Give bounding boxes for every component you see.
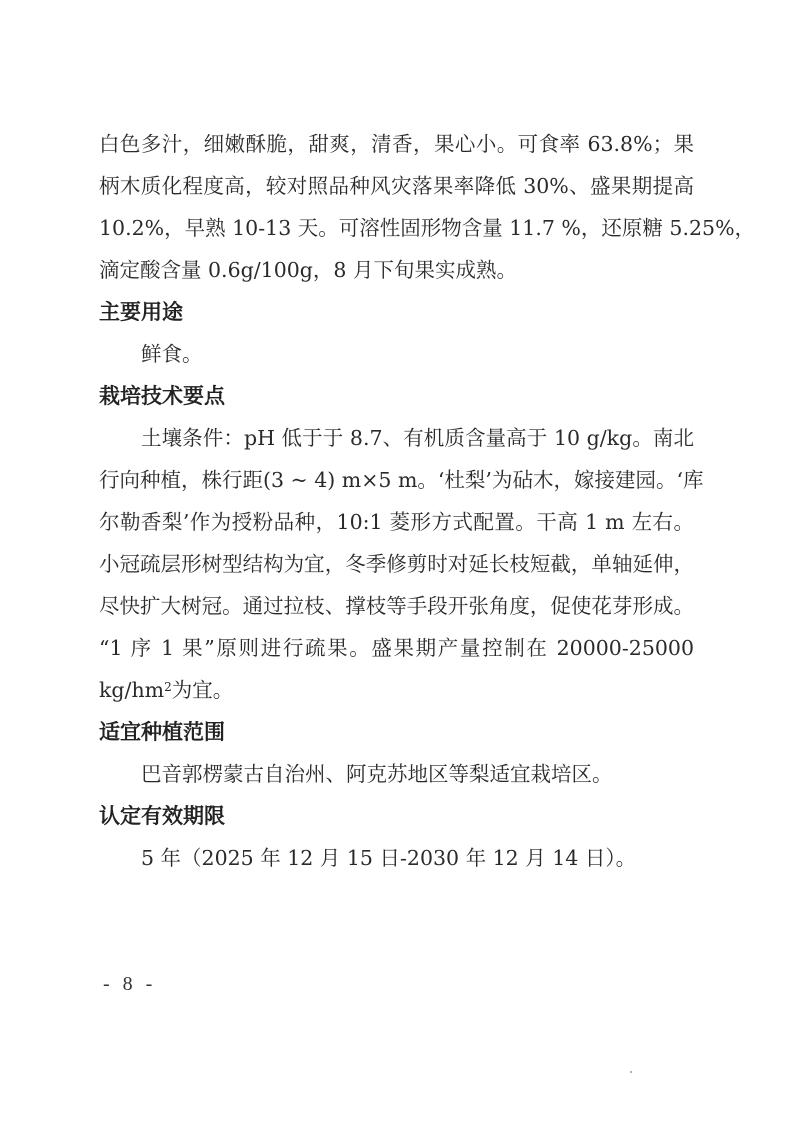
unit-text: kg/hm — [99, 678, 164, 702]
section-heading-validity-period: 认定有效期限 — [99, 802, 225, 830]
paragraph-line: 柄木质化程度高，较对照品种风灾落果率降低 30%、盛果期提高 — [99, 172, 694, 200]
cultivation-line: 行向种植，株行距(3 ~ 4) m×5 m。‘杜梨’为砧木，嫁接建园。‘库 — [99, 466, 694, 494]
validity-period-text: 5 年（2025 年 12 月 15 日-2030 年 12 月 14 日）。 — [141, 844, 694, 872]
page-number: - 8 - — [103, 972, 156, 996]
cultivation-line: 尽快扩大树冠。通过拉枝、撑枝等手段开张角度，促使花芽形成。 — [99, 592, 694, 620]
paragraph-line: 10.2%，早熟 10-13 天。可溶性固形物含量 11.7 %，还原糖 5.2… — [99, 214, 694, 242]
cultivation-line: 尔勒香梨’作为授粉品种，10:1 菱形方式配置。干高 1 m 左右。 — [99, 508, 694, 536]
suitable-area-text: 巴音郭楞蒙古自治州、阿克苏地区等梨适宜栽培区。 — [141, 760, 694, 788]
unit-suffix: 为宜。 — [172, 678, 234, 702]
paragraph-line: 白色多汁，细嫩酥脆，甜爽，清香，果心小。可食率 63.8%；果 — [99, 130, 694, 158]
cultivation-line: 土壤条件：pH 低于于 8.7、有机质含量高于 10 g/kg。南北 — [141, 424, 694, 452]
cultivation-line-yield-unit: kg/hm2为宜。 — [99, 676, 694, 704]
section-heading-main-use: 主要用途 — [99, 298, 183, 326]
cultivation-line: 小冠疏层形树型结构为宜，冬季修剪时对延长枝短截，单轴延伸， — [99, 550, 694, 578]
main-use-text: 鲜食。 — [141, 340, 694, 368]
paragraph-line: 滴定酸含量 0.6g/100g，8 月下旬果实成熟。 — [99, 256, 694, 284]
document-page: 白色多汁，细嫩酥脆，甜爽，清香，果心小。可食率 63.8%；果 柄木质化程度高，… — [0, 0, 793, 1122]
scan-artifact — [630, 1071, 632, 1073]
superscript: 2 — [164, 680, 172, 694]
cultivation-line: “1 序 1 果”原则进行疏果。盛果期产量控制在 20000-25000 — [99, 634, 694, 662]
section-heading-suitable-area: 适宜种植范围 — [99, 718, 225, 746]
section-heading-cultivation: 栽培技术要点 — [99, 382, 225, 410]
